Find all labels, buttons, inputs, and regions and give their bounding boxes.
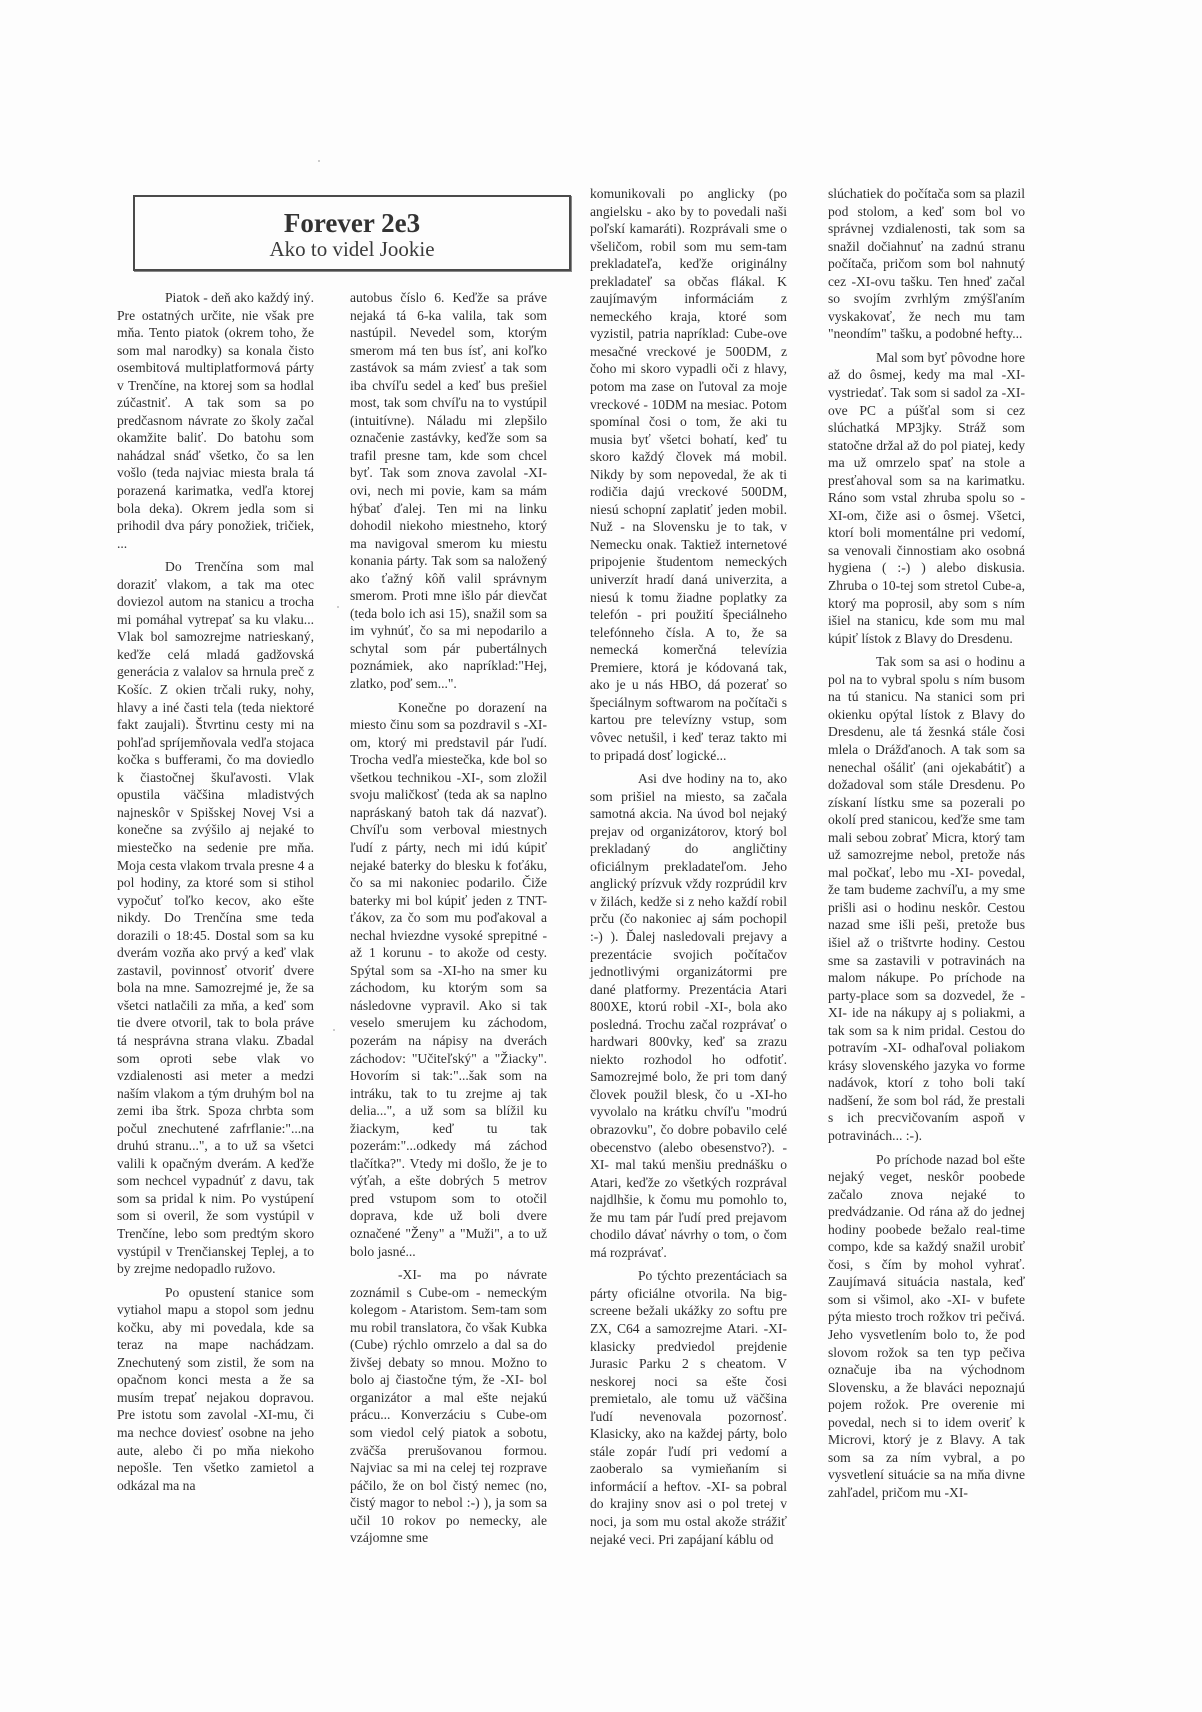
text-column-3: komunikovali po anglicky (po angielsku -… (590, 185, 787, 1554)
scan-speck (337, 606, 339, 608)
text-column-2: autobus číslo 6. Keďže sa práve nejaká t… (350, 289, 547, 1553)
scanned-page: Forever 2e3 Ako to videl Jookie Piatok -… (0, 0, 1202, 1712)
paragraph: Po opustení stanice som vytiahol mapu a … (117, 1284, 314, 1495)
paragraph: Do Trenčína som mal doraziť vlakom, a ta… (117, 558, 314, 1277)
scan-speck (318, 160, 320, 162)
paragraph: -XI- ma po návrate zoznámil s Cube-om - … (350, 1266, 547, 1547)
paragraph: Po týchto prezentáciach sa párty oficiál… (590, 1267, 787, 1548)
paragraph: Konečne po dorazení na miesto činu som s… (350, 699, 547, 1261)
paragraph: autobus číslo 6. Keďže sa práve nejaká t… (350, 289, 547, 693)
scan-speck (333, 1029, 335, 1031)
article-title-box: Forever 2e3 Ako to videl Jookie (133, 195, 571, 271)
paragraph: slúchatiek do počítača som sa plazil pod… (828, 185, 1025, 343)
paragraph: Po príchode nazad bol ešte nejaký veget,… (828, 1151, 1025, 1502)
paragraph: Asi dve hodiny na to, ako som prišiel na… (590, 770, 787, 1261)
paragraph: Piatok - deň ako každý iný. Pre ostatnýc… (117, 289, 314, 552)
paragraph: Mal som byť pôvodne hore až do ôsmej, ke… (828, 349, 1025, 647)
text-column-1: Piatok - deň ako každý iný. Pre ostatnýc… (117, 289, 314, 1500)
text-column-4: slúchatiek do počítača som sa plazil pod… (828, 185, 1025, 1507)
paragraph: komunikovali po anglicky (po angielsku -… (590, 185, 787, 764)
article-title: Forever 2e3 (135, 209, 569, 237)
article-subtitle: Ako to videl Jookie (135, 237, 569, 261)
paragraph: Tak som sa asi o hodinu a pol na to vybr… (828, 653, 1025, 1144)
